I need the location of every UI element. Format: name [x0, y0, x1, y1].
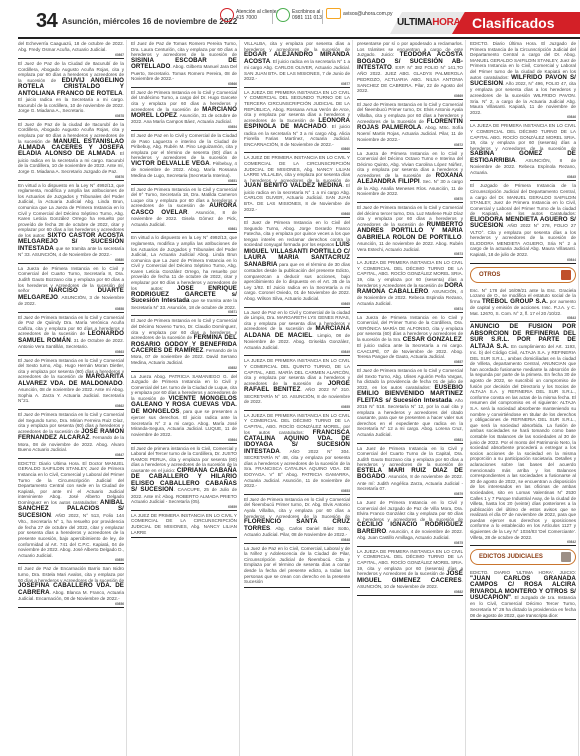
ad-code: 60866 [131, 82, 237, 86]
classified-ad: La Juez de Primera Instancia en lo Civil… [357, 445, 463, 498]
classified-ad: LA JUEZA DE PRIMERA INSTANCIA EN LO CIVI… [357, 259, 463, 312]
header-rule [18, 37, 580, 39]
section-banner: EDICTOS JUDICIALES [470, 549, 576, 565]
classified-ad: El Juzgado de Primera Instancia de la Ci… [470, 182, 576, 263]
ad-code: 60879 [357, 492, 463, 496]
ad-code: 60864 [131, 438, 237, 442]
classified-ad: El Juez de Primera Instancia en lo Civil… [18, 314, 124, 356]
classified-ad: La Juez de Primera Instancia en lo Civil… [357, 499, 463, 547]
ad-code: 60875 [357, 541, 463, 545]
ad-code: 60861 [131, 227, 237, 231]
ad-text: El Juez de Paz en lo Civil y Comercial d… [131, 133, 237, 160]
ad-text: LA JUEZA DE PRIMERA INSTANCIA EN LO CIVI… [470, 123, 576, 150]
classified-ad: El Juez de Paz de Tomas Romero Pereira T… [131, 40, 237, 88]
contact-whatsapp-value: 0981 111 013 [292, 15, 322, 21]
ad-code: 60881 [357, 438, 463, 442]
ad-code: 60843 [470, 316, 576, 320]
ad-code: 60882 [357, 590, 463, 594]
ad-code: 60857 [357, 360, 463, 364]
classified-ad: La Juez de Paz en lo Civil y Comercial d… [244, 309, 350, 357]
ad-code: 60858 [18, 307, 124, 311]
ad-text: El Juez de Paz de Tomas Romero Pereira T… [131, 41, 237, 57]
classified-ad: Esc. N° 178 del 16/09/21 ante la Esc. Gr… [470, 287, 576, 323]
ad-text: La Juez de Primera Instancia en lo Civil… [357, 446, 463, 468]
classified-ad: El Juez de Primera Instancia en lo Civil… [244, 496, 350, 544]
ad-text: El Juez de Primera Instancia en lo Civil… [244, 497, 350, 519]
classified-ad: El Juez de Primera Instancia en lo Civil… [131, 89, 237, 131]
ad-code: 60854 [131, 125, 237, 129]
whatsapp-icon [276, 8, 290, 22]
contact-phone: Atención al cliente:415 7000 [220, 8, 278, 22]
classified-ad: El Juez de Primera Instancia en lo Civil… [18, 411, 124, 459]
ad-text: La Juez de Paz en lo Civil, Comercial, L… [244, 546, 350, 585]
ad-code: 60871 [131, 310, 237, 314]
ad-code: 60873 [357, 252, 463, 256]
ad-text-tail: En cumplimiento del Art. 1193, Inc. b) d… [470, 344, 576, 540]
column-5: EDICTO. Diario Última Hora. El Juzgado d… [470, 40, 579, 756]
classified-ad: La Jueza Abog. PATRICIA SAMANIEGO G. del… [131, 373, 237, 444]
classified-ad: El Juez de Paz en lo Civil y Comercial d… [131, 132, 237, 185]
ad-code: 60859 [131, 505, 237, 509]
ad-text: LA JUEZ DE PRIMERA INSTANCIA EN LO CIVIL… [244, 155, 350, 182]
classified-ad: El Juez de Paz de Encarnación Barrio San… [18, 565, 124, 607]
classified-ad: El Juez de Primera Instancia en lo Civil… [131, 186, 237, 234]
column-4: presentarse por sí o por apoderado a rec… [357, 40, 466, 756]
classified-ad: EDICTO: Diario Ultima Hora. El Doctor MA… [18, 460, 124, 565]
ad-code: 60844 [470, 258, 576, 262]
classified-ad: La Jueza de Primera Instancia en lo Civi… [357, 314, 463, 367]
classified-ad: EDICTO. DIARIO 'ULTIMA HORA'. JUICIO: "J… [470, 569, 576, 620]
classified-ad: El Juez de Primera Instancia en lo Civil… [357, 367, 463, 444]
section-banner: OTROS [470, 267, 576, 283]
classified-ad: El Juez de Paz de la Ciudad de Itacurubí… [18, 60, 124, 120]
ad-highlight-name: VICTOR DELVALLE VEGA [131, 160, 210, 167]
contact-whatsapp: Escribinos al0981 111 013 [276, 8, 322, 22]
ad-text: En virtud a lo dispuesto en la Ley N° 49… [18, 183, 124, 238]
contact-email-value: avisos@uhora.com.py [343, 11, 393, 17]
classified-ad: LA JUEZA DE PRIMERA INSTANCIA EN LO CIVI… [244, 412, 350, 495]
ad-code: 60860 [244, 147, 350, 151]
column-1: del Echeverría Caaguazú, 18 de octubre d… [18, 40, 127, 756]
ad-code: 60869 [357, 94, 463, 98]
classifieds-columns: del Echeverría Caaguazú, 18 de octubre d… [18, 40, 580, 756]
ad-code: 60877 [244, 82, 350, 86]
ad-text-tail: . Año 2015 N° 518. Secretaría N° 12, por… [357, 398, 463, 437]
email-icon [326, 8, 341, 19]
classified-ad: La Juez de Paz en lo Civil, Comercial, L… [244, 545, 350, 588]
page-number: 34 [36, 10, 57, 33]
ad-text-tail: para que en el término de 30 días contad… [244, 262, 350, 301]
brand-logo: ULTIMAHORA [397, 17, 460, 28]
classified-ad: La Jueza de Primera Instancia en lo Civi… [18, 265, 124, 313]
classified-ad: LA JUEZA DE PRIMERA INSTANCIA EN LO CIVI… [244, 357, 350, 410]
ad-code: 60849 [244, 350, 350, 354]
classified-ad: El Juez de primera instancia en lo Civil… [131, 445, 237, 511]
ad-text-tail: . AÑO 2022 N° 304. SECRETARÍA N° 48, cit… [244, 449, 350, 488]
ad-code: 60868 [244, 212, 350, 216]
classified-ad: del Echeverría Caaguazú, 18 de octubre d… [18, 40, 124, 59]
ad-highlight-name: TREBOL GROUP S.A. [482, 298, 548, 305]
ad-text: LA JUEZ DE PRIMERA INSTANCIA EN LO CIVIL… [131, 513, 237, 535]
classified-ad: El Juez de Primera Instancia en lo Civil… [244, 219, 350, 308]
ad-highlight-name: CESAR GONZALEZ [403, 336, 462, 343]
section-title: Clasificados [452, 12, 580, 34]
ad-code: 60874 [357, 307, 463, 311]
ad-text: El Juez de Paz de Encarnación Barrio San… [18, 566, 124, 582]
ad-code: 60848 [244, 538, 350, 542]
ad-highlight-name: JUAN BENITO VALDEZ MEDINA [244, 182, 343, 189]
ad-code: 60842 [470, 540, 576, 544]
ad-code: 60853 [244, 489, 350, 493]
classified-ad: VILLALBA, cita y emplaza por sesenta día… [244, 40, 350, 88]
ad-text: VILLALBA, cita y emplaza por sesenta día… [244, 41, 350, 52]
ad-code: 60852 [131, 366, 237, 370]
ad-code: 60846 [470, 115, 576, 119]
ad-code: 60863 [18, 350, 124, 354]
ad-code: 60865 [244, 302, 350, 306]
classified-ad: El Juez de Primera Instancia en lo Civil… [357, 204, 463, 258]
classified-ad: El Juez de Primera Instancia en lo Civil… [357, 101, 463, 149]
ad-text: del Echeverría Caaguazú, 18 de octubre d… [18, 41, 124, 52]
classified-ad: En virtud a lo dispuesto en la Ley N° 49… [18, 182, 124, 264]
ad-text: La Juez de Primera Instancia en lo Civil… [357, 500, 463, 522]
publication-date: Asunción, miércoles 16 de noviembre de 2… [62, 17, 237, 26]
ad-text: En virtud a lo dispuesto en la Ley N° 49… [131, 235, 237, 290]
section-icon [561, 552, 571, 562]
section-banner-label: EDICTOS JUDICIALES [479, 554, 543, 560]
ad-text: El Juez de Primera Instancia en lo Civil… [244, 220, 350, 247]
classified-ad: LA JUEZA DE PRIMERA INSTANCIA EN LO CIVI… [470, 122, 576, 181]
classified-ad: En virtud a lo dispuesto en la Ley N° 49… [131, 234, 237, 316]
column-2: El Juez de Paz de Tomas Romero Pereira T… [131, 40, 240, 756]
classified-ad: El Juez de Primera Instancia en lo Civil… [131, 317, 237, 371]
ad-code: 60870 [357, 197, 463, 201]
ad-code: 60862 [18, 404, 124, 408]
ad-code: 60856 [18, 602, 124, 606]
ad-code: 60845 [470, 175, 576, 179]
phone-icon [220, 8, 234, 22]
ad-text: El Juzgado de Primera Instancia de la Ci… [470, 183, 576, 216]
ad-code: 60878 [18, 114, 124, 118]
ad-code: 60847 [18, 453, 124, 457]
classified-ad: LA JUEZ DE PRIMERA INSTANCIA EN LO CIVIL… [244, 154, 350, 218]
classified-ad: El Juez de Paz de la ciudad de Itacurubí… [18, 121, 124, 181]
classified-ad: EDICTO. Diario Última Hora. El Juzgado d… [470, 40, 576, 121]
ad-code: 60867 [18, 53, 124, 57]
classified-ad: ANUNCIO DE FUSION POR ABSORCION DE REFIN… [470, 323, 576, 546]
ad-code: 60872 [357, 143, 463, 147]
ad-code: 60880 [18, 258, 124, 262]
ad-code: 60876 [18, 175, 124, 179]
classified-ad: LA JUEZ DE PRIMERA INSTANCIA EN LO CIVIL… [131, 512, 237, 538]
classified-ad: LA JUEZA DE PRIMERA INSTANCIA EN LO CIVI… [244, 89, 350, 154]
classified-ad: El Juez de Primera Instancia en lo Civil… [18, 357, 124, 410]
ad-text-tail: . AÑO 2022, N° 513, Folio 144 Vlto., Sec… [18, 513, 124, 558]
ad-code: 60855 [244, 405, 350, 409]
section-icon [561, 270, 571, 280]
section-banner-label: OTROS [479, 272, 500, 278]
classified-ad: presentarse por sí o por apoderado a rec… [357, 40, 463, 100]
contact-phone-value: 415 7000 [236, 15, 257, 21]
ad-code: 60851 [131, 179, 237, 183]
classified-ad: LA JUEZA DE PRIMERA INSTANCIA EN LO CIVI… [357, 548, 463, 596]
page-header: 34 Asunción, miércoles 16 de noviembre d… [0, 0, 580, 34]
classified-ad: La Jueza de Primera Instancia en lo Civi… [357, 150, 463, 203]
column-3: VILLALBA, cita y emplaza por sesenta día… [244, 40, 353, 756]
ad-code: 60850 [18, 558, 124, 562]
contact-email: avisos@uhora.com.py [326, 8, 393, 19]
